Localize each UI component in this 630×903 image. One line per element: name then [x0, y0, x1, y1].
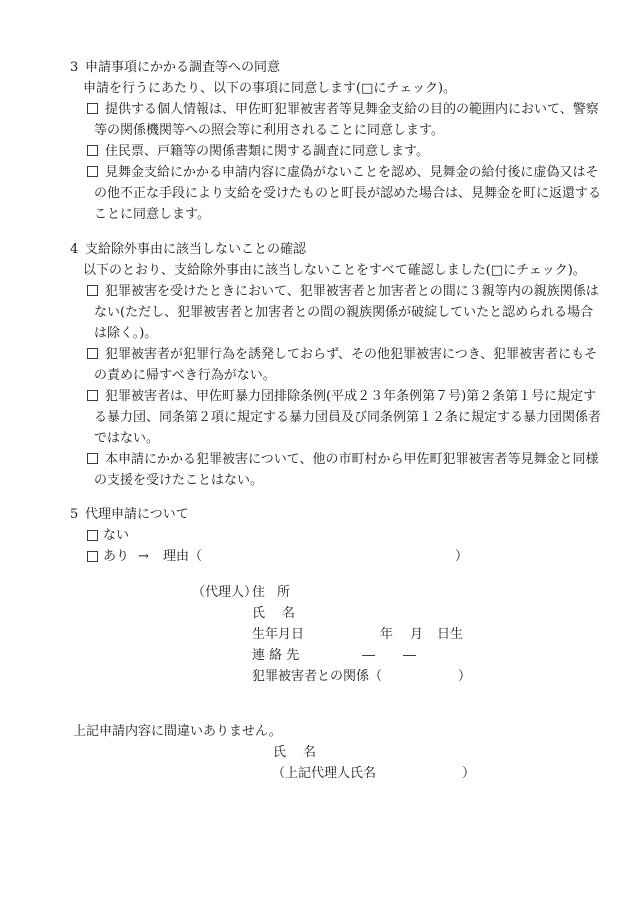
consent-item-3-text: 見舞金支給にかかる申請内容に虚偽がないことを認め、見舞金の給付後に虚偽又はそ	[105, 165, 598, 180]
agent-contact-dash-1: ―	[362, 645, 375, 666]
exclusion-item-1-line-1: 犯罪被害を受けたときにおいて、犯罪被害者と加害者との間に３親等内の親族関係は	[87, 281, 630, 302]
agent-name-label-a: 氏	[252, 603, 265, 624]
exclusion-item-3-line-1: 犯罪被害者は、甲佐町暴力団排除条例(平成２３年条例第７号)第２条第１号に規定す	[87, 386, 630, 407]
consent-item-1-line-1: 提供する個人情報は、甲佐町犯罪被害者等見舞金支給の目的の範囲内において、警察	[87, 99, 630, 120]
section-5-number: 5	[70, 504, 85, 525]
footer-agent-name-label: （上記代理人氏名	[272, 763, 376, 784]
agent-block-label: （代理人）	[192, 582, 257, 603]
proxy-yes-checkbox[interactable]	[87, 551, 98, 562]
section-3-number: 3	[70, 57, 85, 78]
proxy-none-label: ない	[103, 525, 129, 546]
agent-contact-dash-2: ―	[403, 645, 416, 666]
footer-name-line: 氏 名	[0, 742, 630, 763]
footer-name-label-a: 氏	[273, 742, 286, 763]
exclusion-item-1-line-3: は除く。)。	[94, 323, 630, 344]
agent-relation-label: 犯罪被害者との関係（	[252, 666, 382, 687]
confirmation-statement: 上記申請内容に間違いありません。	[73, 721, 630, 742]
agent-birth-day-label: 日生	[437, 624, 463, 645]
agent-name-label-b: 名	[282, 603, 295, 624]
consent-item-3-line-3: ことに同意します。	[94, 204, 630, 225]
section-4-title: 支給除外事由に該当しないことの確認	[85, 242, 306, 257]
agent-relation-line: 犯罪被害者との関係（ ）	[0, 666, 630, 687]
exclusion-item-2-line-2: の責めに帰すべき行為がない。	[94, 365, 630, 386]
proxy-option-none-line: ない	[0, 525, 630, 546]
proxy-none-checkbox[interactable]	[87, 530, 98, 541]
agent-address-line: （代理人） 住 所	[0, 582, 630, 603]
arrow-right-icon: →	[138, 546, 149, 567]
agent-birthdate-line: 生年月日 年 月 日生	[0, 624, 630, 645]
exclusion-item-4-text: 本申請にかかる犯罪被害について、他の市町村から甲佐町犯罪被害者等見舞金と同様	[105, 452, 598, 467]
agent-address-label-b: 所	[277, 582, 290, 603]
consent-item-1-line-2: 等の関係機関等への照会等に利用されることに同意します。	[94, 120, 630, 141]
consent-checkbox-1[interactable]	[87, 103, 98, 114]
agent-contact-label: 連 絡 先	[252, 645, 299, 666]
proxy-reason-label: 理由（	[163, 546, 202, 567]
exclusion-checkbox-3[interactable]	[87, 390, 98, 401]
agent-birth-year-label: 年	[380, 624, 393, 645]
exclusion-checkbox-2[interactable]	[87, 348, 98, 359]
footer-name-label-b: 名	[303, 742, 316, 763]
consent-item-3-line-2: の他不正な手段により支給を受けたものと町長が認めた場合は、見舞金を町に返還する	[94, 183, 630, 204]
footer-agent-name-line: （上記代理人氏名 ）	[0, 763, 630, 784]
exclusion-checkbox-1[interactable]	[87, 285, 98, 296]
exclusion-item-3-line-3: ではない。	[94, 428, 630, 449]
consent-item-2-text: 住民票、戸籍等の関係書類に関する調査に同意します。	[105, 144, 429, 159]
agent-birth-month-label: 月	[410, 624, 423, 645]
exclusion-item-1-text: 犯罪被害を受けたときにおいて、犯罪被害者と加害者との間に３親等内の親族関係は	[105, 284, 599, 299]
proxy-reason-close-paren: ）	[455, 546, 468, 567]
consent-checkbox-3[interactable]	[87, 166, 98, 177]
section-4-heading: 4支給除外事由に該当しないことの確認	[70, 239, 630, 260]
consent-checkbox-2[interactable]	[87, 145, 98, 156]
section-3-intro: 申請を行うにあたり、以下の事項に同意します(□にチェック)。	[83, 78, 630, 99]
proxy-option-yes-line: あり → 理由（ ）	[0, 546, 630, 567]
consent-item-1-text: 提供する個人情報は、甲佐町犯罪被害者等見舞金支給の目的の範囲内において、警察	[105, 102, 599, 117]
exclusion-item-2-line-1: 犯罪被害者が犯罪行為を誘発しておらず、その他犯罪被害につき、犯罪被害者にもそ	[87, 344, 630, 365]
footer-agent-name-close-paren: ）	[462, 763, 475, 784]
agent-relation-close-paren: ）	[458, 666, 471, 687]
section-4-intro: 以下のとおり、支給除外事由に該当しないことをすべて確認しました(□にチェック)。	[83, 260, 630, 281]
agent-birth-label: 生年月日	[252, 624, 304, 645]
exclusion-item-4-line-2: の支援を受けたことはない。	[94, 470, 630, 491]
section-3-title: 申請事項にかかる調査等への同意	[85, 60, 280, 75]
agent-address-label-a: 住	[252, 582, 265, 603]
exclusion-item-4-line-1: 本申請にかかる犯罪被害について、他の市町村から甲佐町犯罪被害者等見舞金と同様	[87, 449, 630, 470]
agent-name-line: 氏 名	[0, 603, 630, 624]
exclusion-item-3-text: 犯罪被害者は、甲佐町暴力団排除条例(平成２３年条例第７号)第２条第１号に規定す	[105, 389, 596, 404]
exclusion-item-2-text: 犯罪被害者が犯罪行為を誘発しておらず、その他犯罪被害につき、犯罪被害者にもそ	[105, 347, 597, 362]
proxy-yes-label: あり	[103, 546, 129, 567]
agent-contact-line: 連 絡 先 ― ―	[0, 645, 630, 666]
exclusion-item-1-line-2: ない(ただし、犯罪被害者と加害者との間の親族関係が破綻していたと認められる場合	[94, 302, 630, 323]
exclusion-checkbox-4[interactable]	[87, 453, 98, 464]
consent-item-2-line-1: 住民票、戸籍等の関係書類に関する調査に同意します。	[87, 141, 630, 162]
section-5-heading: 5代理申請について	[70, 504, 630, 525]
section-5-title: 代理申請について	[85, 507, 189, 522]
consent-item-3-line-1: 見舞金支給にかかる申請内容に虚偽がないことを認め、見舞金の給付後に虚偽又はそ	[87, 162, 630, 183]
section-3-heading: 3申請事項にかかる調査等への同意	[70, 57, 630, 78]
section-4-number: 4	[70, 239, 85, 260]
application-form-page: 3申請事項にかかる調査等への同意 申請を行うにあたり、以下の事項に同意します(□…	[0, 0, 630, 903]
exclusion-item-3-line-2: る暴力団、同条第２項に規定する暴力団員及び同条例第１２条に規定する暴力団関係者	[94, 407, 630, 428]
